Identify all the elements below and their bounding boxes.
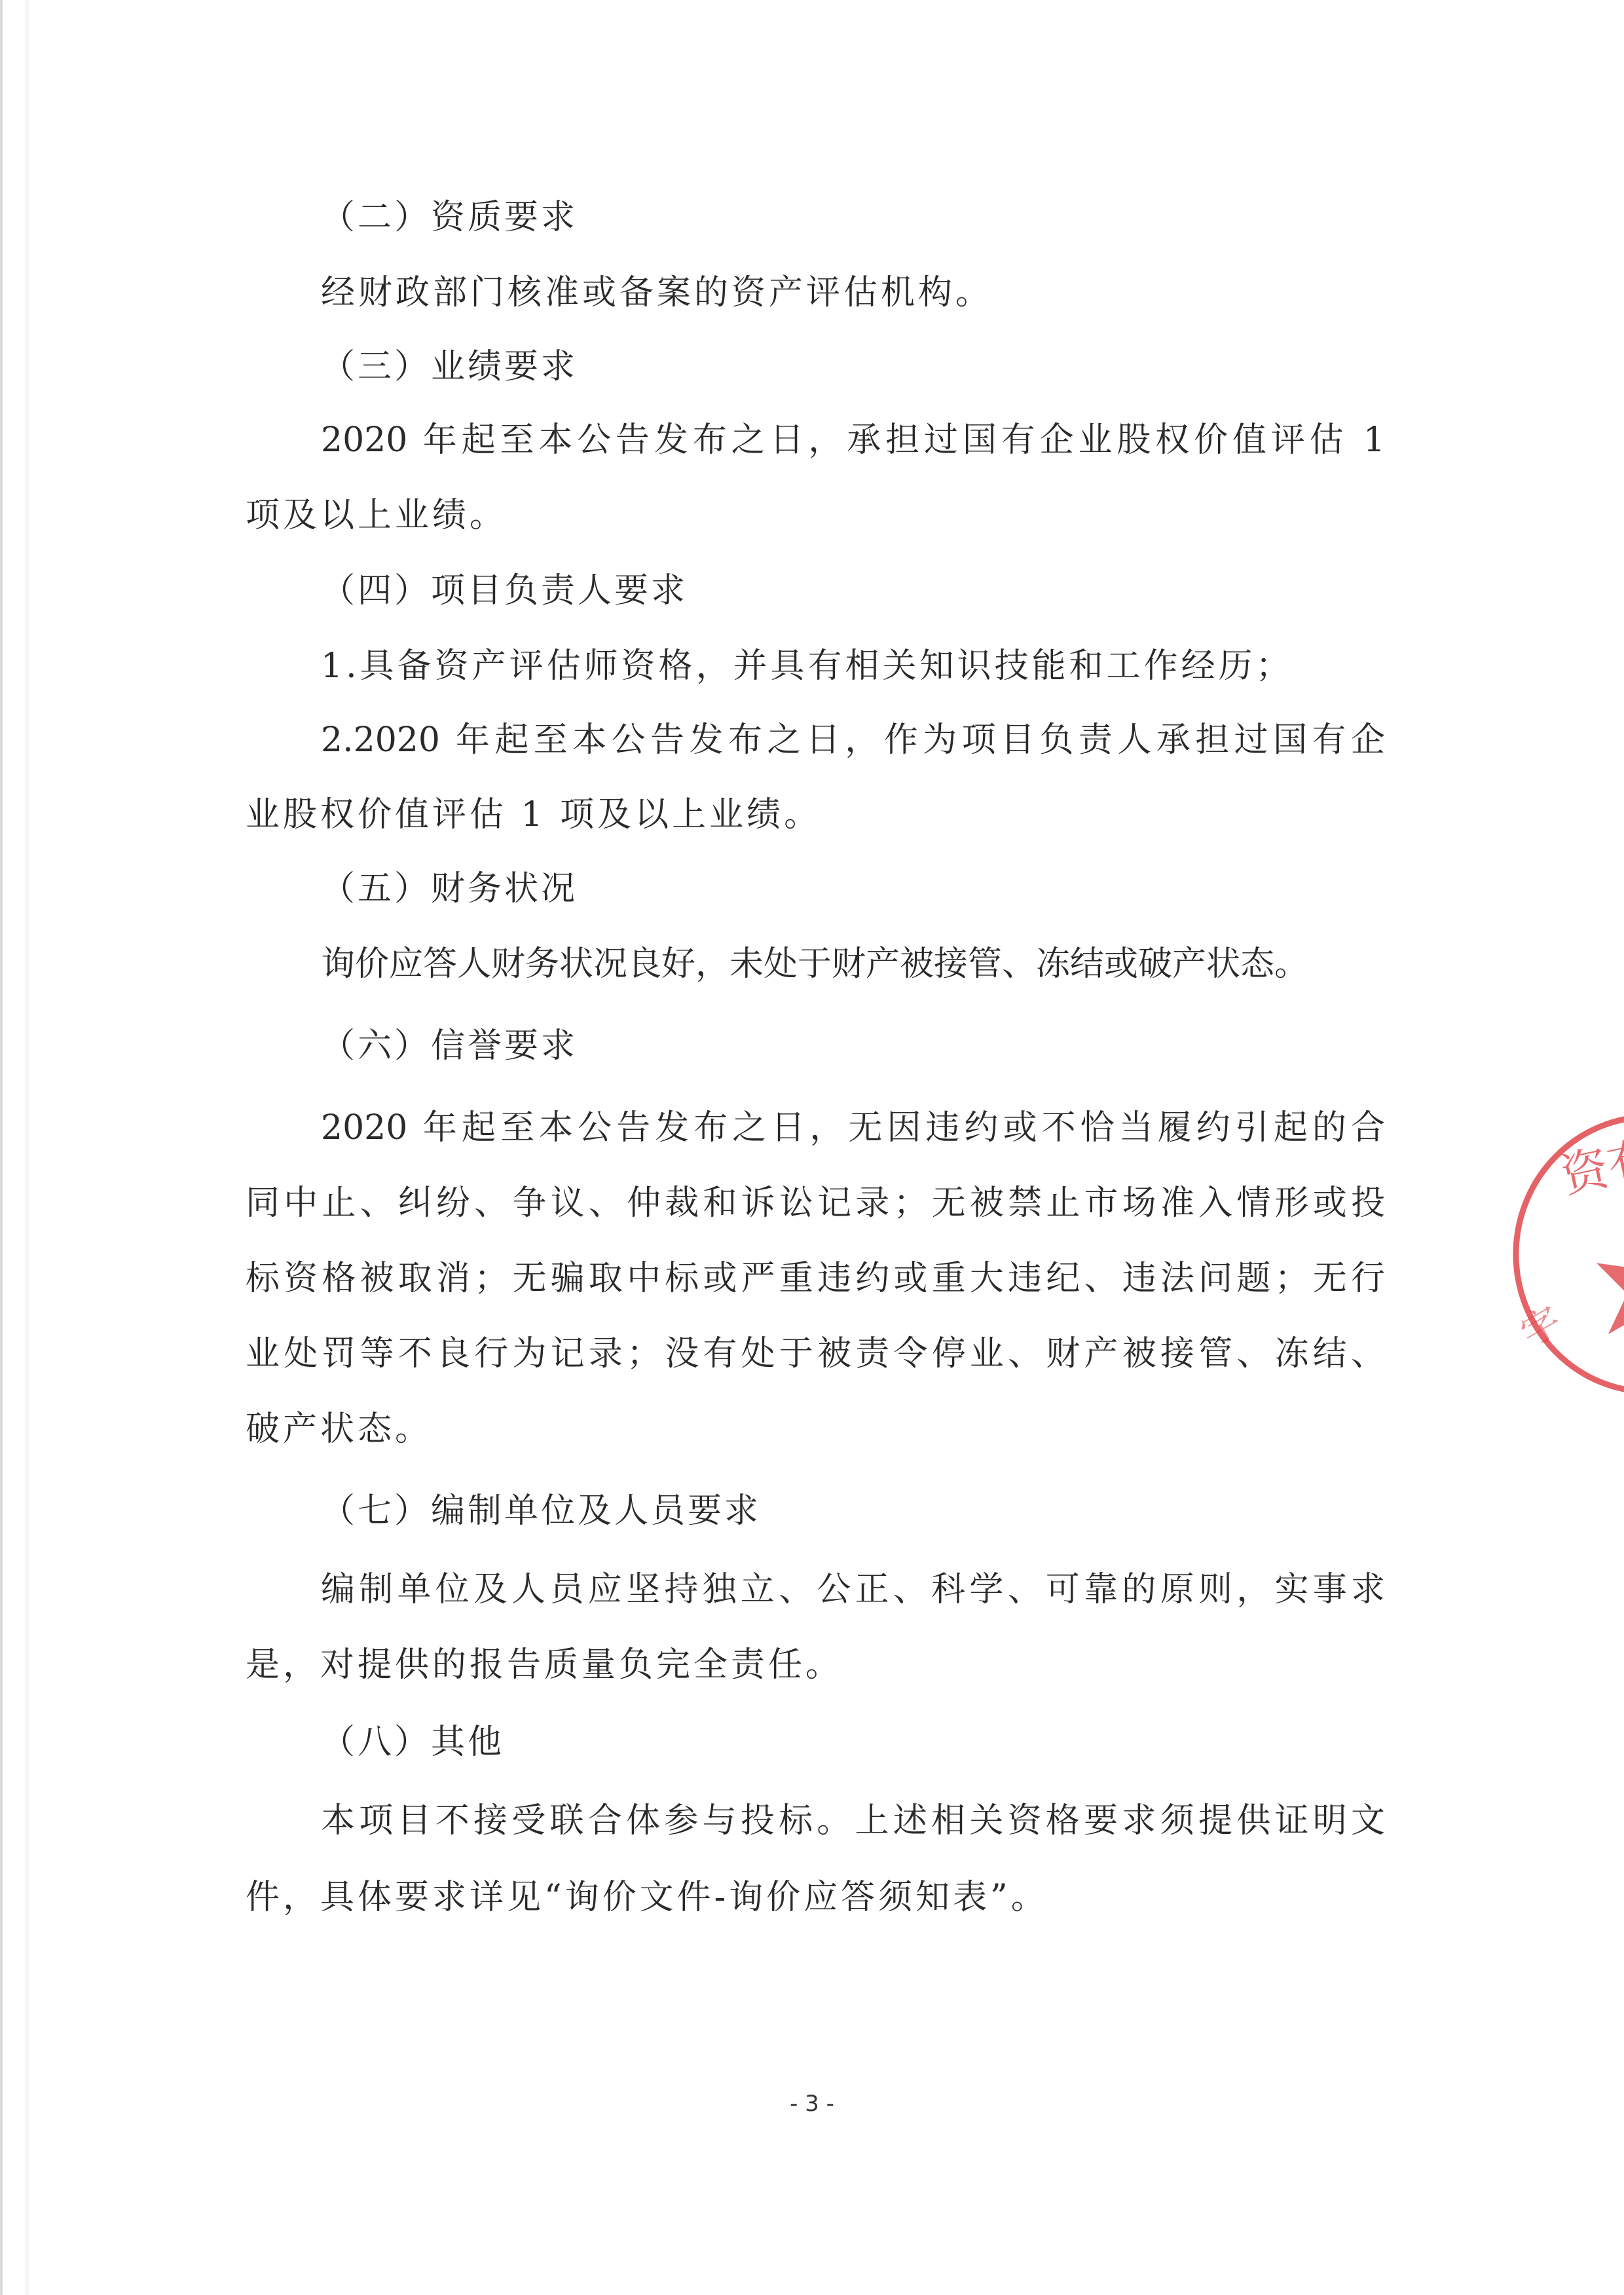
paragraph-line: 2.2020 年起至本公告发布之日，作为项目负责人承担过国有企 xyxy=(321,719,1385,761)
official-seal-icon: 资有 字 xyxy=(1500,1100,1624,1408)
svg-text:字: 字 xyxy=(1513,1297,1570,1357)
paragraph-line: 1.具备资产评估师资格，并具有相关知识技能和工作经历； xyxy=(321,645,1293,687)
page-number: - 3 - xyxy=(0,2091,1624,2117)
section-heading-qualification: （二）资质要求 xyxy=(321,196,578,238)
paragraph-line: 业股权价值评估 1 项及以上业绩。 xyxy=(246,794,821,836)
paragraph-line: 编制单位及人员应坚持独立、公正、科学、可靠的原则，实事求 xyxy=(321,1569,1385,1611)
paragraph-line: 标资格被取消；无骗取中标或严重违约或重大违纪、违法问题；无行 xyxy=(246,1258,1385,1299)
paragraph-line: 破产状态。 xyxy=(246,1408,432,1450)
paragraph-line: 同中止、纠纷、争议、仲裁和诉讼记录；无被禁止市场准入情形或投 xyxy=(246,1182,1385,1224)
paragraph-line: 2020 年起至本公告发布之日，无因违约或不恰当履约引起的合 xyxy=(321,1107,1385,1149)
scan-edge xyxy=(0,0,3,2295)
paragraph-line: 经财政部门核准或备案的资产评估机构。 xyxy=(321,272,993,314)
paragraph-line: 件，具体要求详见“询价文件-询价应答须知表”。 xyxy=(246,1876,1048,1918)
section-heading-project-lead: （四）项目负责人要求 xyxy=(321,570,688,612)
paragraph-line: 项及以上业绩。 xyxy=(246,494,507,536)
scan-edge-shadow xyxy=(25,0,29,2295)
paragraph-line: 2020 年起至本公告发布之日，承担过国有企业股权价值评估 1 xyxy=(321,419,1385,461)
seal-text: 资有 xyxy=(1556,1130,1624,1204)
paragraph-line: 是，对提供的报告质量负完全责任。 xyxy=(246,1644,843,1686)
section-heading-staff: （七）编制单位及人员要求 xyxy=(321,1490,761,1532)
paragraph-line: 业处罚等不良行为记录；没有处于被责令停业、财产被接管、冻结、 xyxy=(246,1333,1385,1375)
section-heading-other: （八）其他 xyxy=(321,1721,504,1763)
paragraph-line: 询价应答人财务状况良好，未处于财产被接管、冻结或破产状态。 xyxy=(321,943,1308,985)
section-heading-performance: （三）业绩要求 xyxy=(321,346,578,388)
paragraph-line: 本项目不接受联合体参与投标。上述相关资格要求须提供证明文 xyxy=(321,1800,1385,1842)
section-heading-credit: （六）信誉要求 xyxy=(321,1025,578,1067)
section-heading-financial: （五）财务状况 xyxy=(321,868,578,910)
